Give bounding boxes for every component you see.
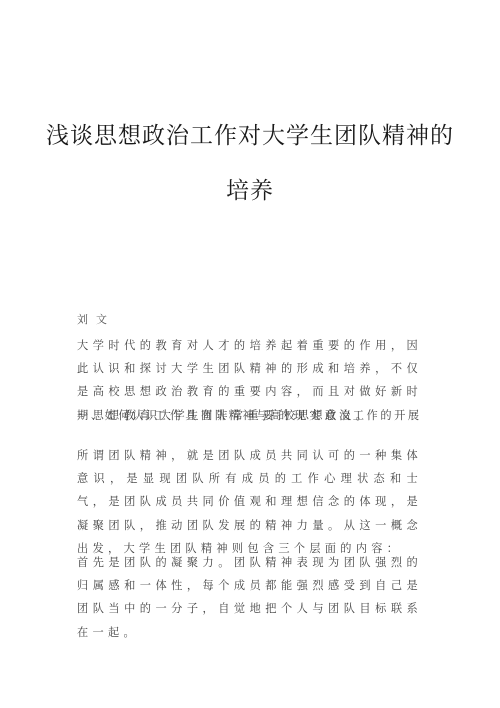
document-page: 浅谈思想政治工作对大学生团队精神的 培养 刘文 大学时代的教育对人才的培养起着重… [0,0,500,708]
section-heading: 一、如何认识大学生团队精神与高校思想政治工作的开展 [77,404,422,427]
author-name: 刘文 [77,311,115,327]
body-paragraph: 首先是团队的凝聚力。团队精神表现为团队强烈的归属感和一体性，每个成员都能强烈感受… [77,551,422,644]
body-paragraph: 所谓团队精神，就是团队成员共同认可的一种集体意识，是显现团队所有成员的工作心理状… [77,444,422,560]
document-title-line-1: 浅谈思想政治工作对大学生团队精神的 [0,117,500,150]
document-title-line-2: 培养 [0,172,500,205]
